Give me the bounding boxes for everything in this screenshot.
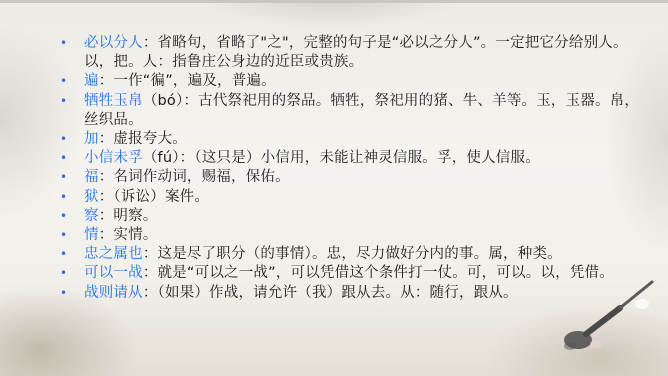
- definition: ：（如果）作战，请允许（我）跟从去。从：随行，跟从。: [143, 285, 518, 301]
- definition: ：就是“可以之一战”，可以凭借这个条件打一仗。可，可以。以，凭借。: [143, 265, 614, 281]
- term: 小信未孚: [84, 150, 143, 166]
- list-item: •可以一战：就是“可以之一战”，可以凭借这个条件打一仗。可，可以。以，凭借。: [60, 264, 640, 283]
- list-item: •必以分人：省略句，省略了"之"，完整的句子是“必以之分人”。一定把它分给别人。…: [60, 34, 640, 72]
- bullet-icon: •: [60, 130, 67, 149]
- bullet-icon: •: [60, 207, 67, 226]
- definition: ：虚报夸大。: [99, 131, 187, 147]
- top-border: [0, 0, 668, 3]
- term: 忠之属也: [84, 246, 143, 262]
- term: 可以一战: [84, 265, 143, 281]
- definition: ：一作“徧”，遍及，普遍。: [99, 73, 276, 89]
- definition: （fú）：（这只是）小信用，未能让神灵信服。孚，使人信服。: [143, 150, 540, 166]
- bullet-icon: •: [60, 92, 67, 111]
- ink-brush-icon: [560, 272, 660, 362]
- term: 察: [84, 208, 99, 224]
- bullet-icon: •: [60, 245, 67, 264]
- term: 战则请从: [84, 285, 143, 301]
- definition: ：（诉讼）案件。: [99, 189, 209, 205]
- definition: ：省略句，省略了"之"，完整的句子是“必以之分人”。一定把它分给别人。以，把。人…: [84, 35, 628, 70]
- bullet-icon: •: [60, 264, 67, 283]
- term: 加: [84, 131, 99, 147]
- bullet-icon: •: [60, 34, 67, 53]
- definition: ：名词作动词，赐福，保佑。: [99, 169, 290, 185]
- term: 必以分人: [84, 35, 143, 51]
- bullet-icon: •: [60, 226, 67, 245]
- list-item: •遍：一作“徧”，遍及，普遍。: [60, 72, 640, 91]
- definition: （bó）：古代祭祀用的祭品。牺牲，祭祀用的猪、牛、羊等。玉，玉器。帛，丝织品。: [84, 93, 639, 128]
- list-item: •忠之属也：这是尽了职分（的事情）。忠，尽力做好分内的事。属，种类。: [60, 245, 640, 264]
- bullet-icon: •: [60, 72, 67, 91]
- list-item: •情：实情。: [60, 226, 640, 245]
- term: 情: [84, 227, 99, 243]
- list-item: •小信未孚（fú）：（这只是）小信用，未能让神灵信服。孚，使人信服。: [60, 149, 640, 168]
- term: 遍: [84, 73, 99, 89]
- bullet-icon: •: [60, 188, 67, 207]
- list-item: •战则请从：（如果）作战，请允许（我）跟从去。从：随行，跟从。: [60, 284, 640, 303]
- annotation-list: •必以分人：省略句，省略了"之"，完整的句子是“必以之分人”。一定把它分给别人。…: [60, 34, 640, 303]
- definition: ：明察。: [99, 208, 158, 224]
- list-item: •福：名词作动词，赐福，保佑。: [60, 168, 640, 187]
- definition: ：实情。: [99, 227, 158, 243]
- term: 牺牲玉帛: [84, 93, 143, 109]
- list-item: •狱：（诉讼）案件。: [60, 188, 640, 207]
- bullet-icon: •: [60, 168, 67, 187]
- list-item: •加：虚报夸大。: [60, 130, 640, 149]
- bullet-icon: •: [60, 149, 67, 168]
- list-item: •牺牲玉帛（bó）：古代祭祀用的祭品。牺牲，祭祀用的猪、牛、羊等。玉，玉器。帛，…: [60, 92, 640, 130]
- definition: ：这是尽了职分（的事情）。忠，尽力做好分内的事。属，种类。: [143, 246, 562, 262]
- term: 福: [84, 169, 99, 185]
- term: 狱: [84, 189, 99, 205]
- list-item: •察：明察。: [60, 207, 640, 226]
- bullet-icon: •: [60, 284, 67, 303]
